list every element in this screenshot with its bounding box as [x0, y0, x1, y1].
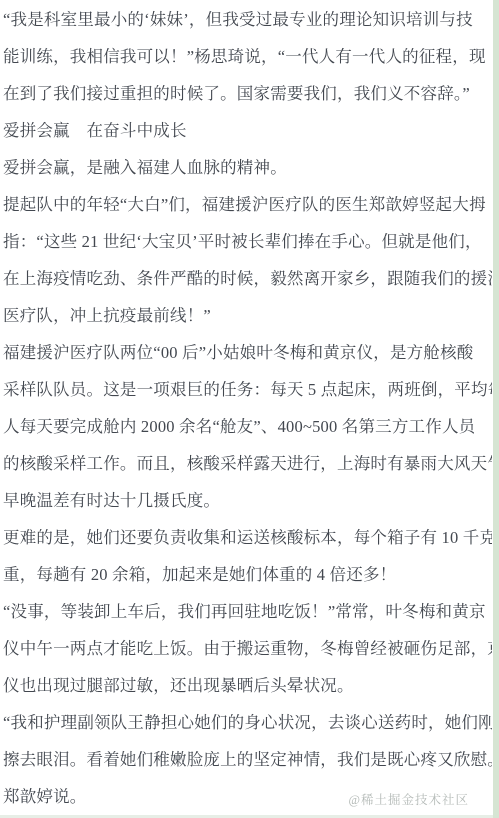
text-line: 仪也出现过腿部过敏，还出现暴晒后头晕状况。: [3, 667, 492, 704]
article-text-block: “我是科室里最小的‘妹妹’，但我受过最专业的理论知识培训与技 能训练，我相信我可…: [0, 0, 493, 815]
text-line: 在到了我们接过重担的时候了。国家需要我们，我们义不容辞。”: [3, 75, 492, 112]
text-line: “没事，等装卸上车后，我们再回驻地吃饭！”常常，叶冬梅和黄京: [3, 593, 492, 630]
text-line: 提起队中的年轻“大白”们，福建援沪医疗队的医生郑歆婷竖起大拇: [3, 186, 492, 223]
text-line: 早晚温差有时达十几摄氏度。: [3, 482, 492, 519]
text-line: 福建援沪医疗队两位“00 后”小姑娘叶冬梅和黄京仪，是方舱核酸: [3, 334, 492, 371]
text-line: 采样队队员。这是一项艰巨的任务：每天 5 点起床，两班倒，平均每: [3, 371, 492, 408]
right-edge-tint: [493, 0, 499, 818]
juejin-watermark: @稀土掘金技术社区: [348, 794, 469, 807]
text-line: “我和护理副领队王静担心她们的身心状况，去谈心送药时，她们刚: [3, 704, 492, 741]
text-line: 更难的是，她们还要负责收集和运送核酸标本，每个箱子有 10 千克: [3, 519, 492, 556]
text-line: 医疗队，冲上抗疫最前线！”: [3, 297, 492, 334]
section-heading: 爱拼会赢 在奋斗中成长: [3, 112, 492, 149]
text-line: 在上海疫情吃劲、条件严酷的时候，毅然离开家乡，跟随我们的援沪: [3, 260, 492, 297]
text-line: 擦去眼泪。看着她们稚嫩脸庞上的坚定神情，我们是既心疼又欣慰。”: [3, 741, 492, 778]
text-line: 爱拼会赢，是融入福建人血脉的精神。: [3, 149, 492, 186]
text-line: “我是科室里最小的‘妹妹’，但我受过最专业的理论知识培训与技: [3, 1, 492, 38]
text-line: 指：“这些 21 世纪‘大宝贝’平时被长辈们捧在手心。但就是他们，: [3, 223, 492, 260]
text-line: 的核酸采样工作。而且，核酸采样露天进行，上海时有暴雨大风天气，: [3, 445, 492, 482]
text-line: 仪中午一两点才能吃上饭。由于搬运重物，冬梅曾经被砸伤足部，京: [3, 630, 492, 667]
text-line: 能训练，我相信我可以！”杨思琦说，“一代人有一代人的征程，现: [3, 38, 492, 75]
text-line: 人每天要完成舱内 2000 余名“舱友”、400~500 名第三方工作人员: [3, 408, 492, 445]
text-line: 重，每趟有 20 余箱，加起来是她们体重的 4 倍还多！: [3, 556, 492, 593]
